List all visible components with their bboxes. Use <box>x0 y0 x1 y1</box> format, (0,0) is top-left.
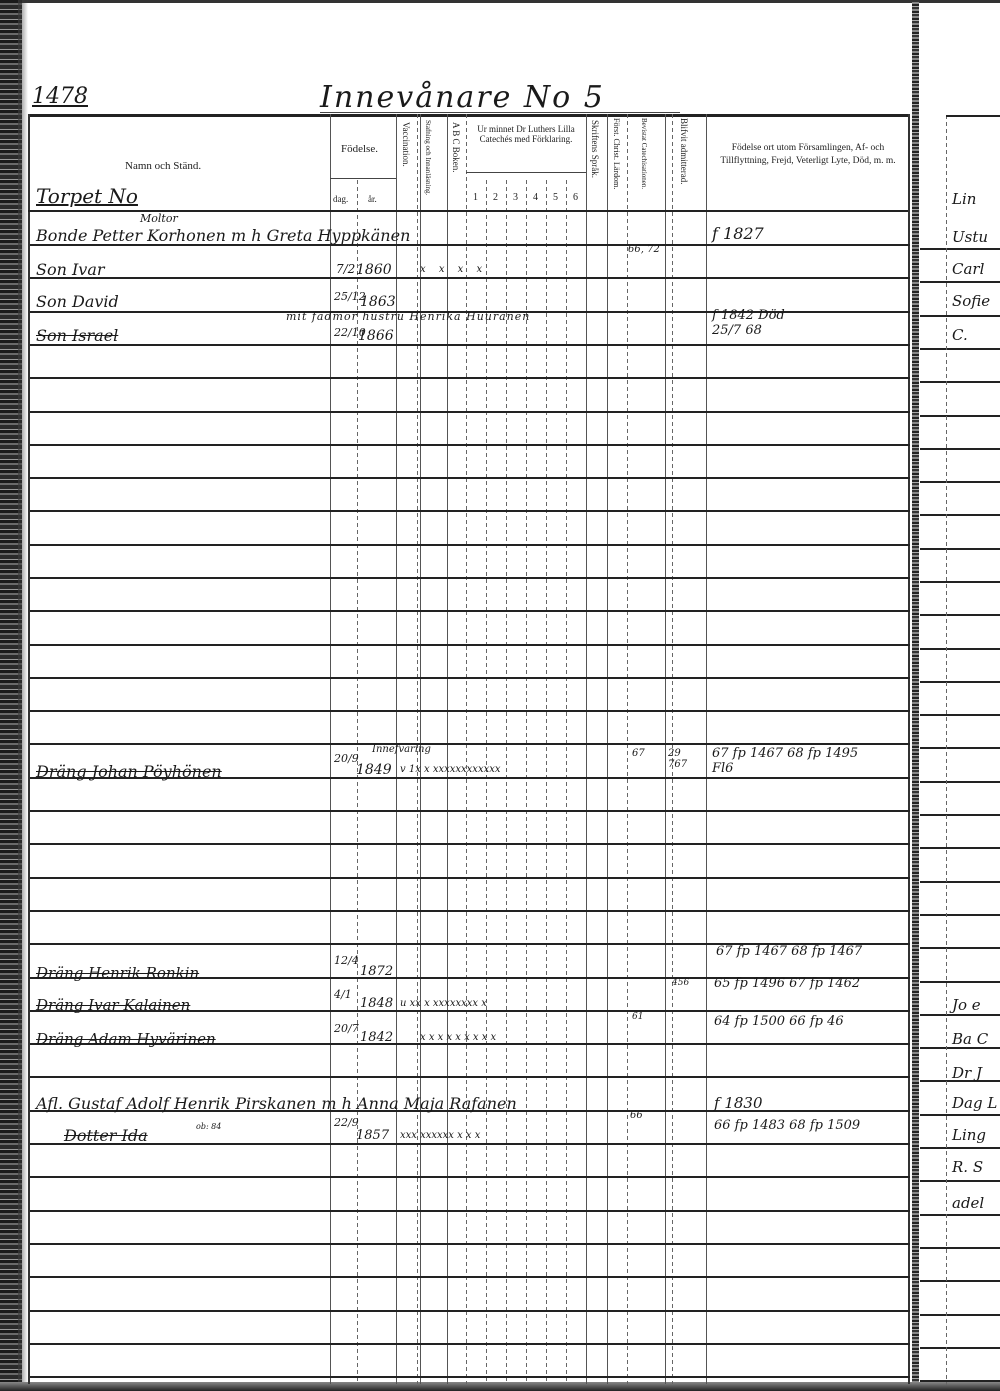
entry-name: Son Israel <box>36 326 118 345</box>
entry-year: 1872 <box>360 964 393 979</box>
col-divider <box>486 180 487 1384</box>
entry-name: Son David <box>36 292 119 311</box>
header-birth-day: dag. <box>333 194 348 204</box>
facing-row-rule <box>920 614 1000 616</box>
entry-remarks: f 1842 Död 25/7 68 <box>712 308 792 338</box>
col-divider <box>526 180 527 1384</box>
book-gutter <box>912 0 919 1391</box>
scan-bottom-edge <box>0 1382 1000 1391</box>
entry-day: 4/1 <box>334 988 352 1001</box>
header-catechism-listen: Bevistat Catechisationen. <box>640 118 648 208</box>
entry-year: 1866 <box>358 328 394 344</box>
row-rule <box>30 677 910 679</box>
header-vaccination: Vaccination. <box>401 122 411 202</box>
entry-name: Dräng Johan Pöyhönen <box>36 762 222 781</box>
row-rule <box>30 1210 910 1212</box>
entry-remarks: f 1827 <box>712 224 764 243</box>
row-rule <box>30 344 910 346</box>
row-rule <box>30 444 910 446</box>
entry-note: Innefvaring <box>372 744 431 755</box>
catechism-col-4: 4 <box>533 192 538 203</box>
entry-listen: 66, 72 <box>628 244 660 255</box>
row-rule <box>30 1343 910 1345</box>
facing-page-fragment: Ling <box>952 1126 986 1144</box>
entry-listen: 67 <box>632 748 645 759</box>
col-divider <box>586 114 587 1384</box>
header-admitted: Blifvit admitterad. <box>679 118 689 208</box>
row-rule <box>30 411 910 413</box>
entry-remarks: 64 fp 1500 66 fp 46 <box>714 1014 874 1029</box>
facing-row-rule <box>920 481 1000 483</box>
header-stafning: Stafning och Innanläsning. <box>424 120 432 210</box>
facing-row-rule <box>920 315 1000 317</box>
facing-page-fragment: Ustu <box>952 228 988 246</box>
facing-row-rule <box>920 1314 1000 1316</box>
row-rule <box>30 544 910 546</box>
entry-marks: u xx x xxxxxxxx x <box>400 998 487 1009</box>
row-rule <box>30 1243 910 1245</box>
facing-row-rule <box>920 714 1000 716</box>
row-rule <box>30 1176 910 1178</box>
col-divider <box>607 114 608 1384</box>
entry-name: Dräng Adam Hyvärinen <box>36 1030 216 1048</box>
facing-row-rule <box>920 281 1000 283</box>
row-rule <box>30 1310 910 1312</box>
entry-marks: v 1x x xxxxxxxxxxxx <box>400 764 501 775</box>
header-birth: Födelse. <box>341 143 378 155</box>
col-divider <box>706 114 707 1384</box>
facing-row-rule <box>920 1014 1000 1016</box>
facing-page-top-rule <box>946 115 1000 117</box>
col-divider <box>627 114 628 1384</box>
entry-remarks: 67 fp 1467 68 fp 1467 <box>716 944 876 959</box>
page-number: 1478 <box>32 84 88 109</box>
scan-top-edge <box>0 0 1000 3</box>
entry-year: 1863 <box>360 294 396 310</box>
facing-row-rule <box>920 814 1000 816</box>
header-name: Namn och Ständ. <box>125 160 201 172</box>
facing-row-rule <box>920 681 1000 683</box>
entry-remarks: f 1830 <box>714 1094 763 1112</box>
facing-page-fragment: C. <box>952 326 968 344</box>
catechism-col-3: 3 <box>513 192 518 203</box>
row-rule <box>30 1143 910 1145</box>
facing-page-fragment: Ba C <box>952 1030 988 1048</box>
facing-row-rule <box>920 747 1000 749</box>
entry-remarks: 67 fp 1467 68 fp 1495 Fl6 <box>712 746 872 776</box>
row-rule <box>30 644 910 646</box>
facing-row-rule <box>920 981 1000 983</box>
row-rule <box>30 510 910 512</box>
header-birth-year: år. <box>368 194 377 204</box>
entry-admitted: 456 <box>672 978 689 988</box>
facing-page-fragment: Jo e <box>952 996 981 1014</box>
row-rule <box>30 477 910 479</box>
entry-year: 1848 <box>360 996 393 1011</box>
catechism-col-1: 1 <box>473 192 478 203</box>
entry-day: 20/9 <box>334 752 359 765</box>
entry-listen: 66 <box>630 1110 643 1121</box>
col-divider <box>506 180 507 1384</box>
entry-admitted: 29 767 <box>668 748 692 770</box>
entry-name-torp: Torpet No <box>36 184 138 208</box>
header-scripture: Skriftens Språk. <box>590 120 600 208</box>
col-divider <box>357 180 358 1384</box>
facing-row-rule <box>920 381 1000 383</box>
facing-row-rule <box>920 448 1000 450</box>
entry-name: Dotter Ida <box>64 1126 148 1145</box>
row-rule <box>30 910 910 912</box>
entry-marks: x x x x <box>420 264 487 275</box>
facing-page-fragment: adel <box>952 1194 984 1212</box>
facing-page-fragment: Dag L <box>952 1094 997 1112</box>
facing-row-rule <box>920 881 1000 883</box>
entry-name: Dräng Ivar Kalainen <box>36 996 190 1014</box>
table-right-rule <box>908 114 910 1384</box>
facing-row-rule <box>920 1280 1000 1282</box>
entry-day: 20/7 <box>334 1022 359 1035</box>
row-rule <box>30 1276 910 1278</box>
facing-row-rule <box>920 781 1000 783</box>
entry-marks: x x x x x x x x x <box>420 1032 496 1043</box>
row-rule <box>30 277 910 279</box>
facing-page-rule <box>946 115 947 1385</box>
facing-page-fragment: Lin <box>952 190 976 208</box>
facing-page-fragment: Sofie <box>952 292 990 310</box>
entry-marks: xxx xxxxxx x x x <box>400 1130 480 1141</box>
facing-row-rule <box>920 1214 1000 1216</box>
facing-row-rule <box>920 1247 1000 1249</box>
facing-row-rule <box>920 248 1000 250</box>
header-abc: A B C Boken. <box>451 122 461 202</box>
facing-row-rule <box>920 1147 1000 1149</box>
row-rule <box>30 710 910 712</box>
facing-page-fragment: Carl <box>952 260 984 278</box>
row-rule <box>30 1076 910 1078</box>
facing-row-rule <box>920 1180 1000 1182</box>
catechism-col-6: 6 <box>573 192 578 203</box>
table-top-rule <box>28 114 910 117</box>
entry-remarks: 65 fp 1496 67 fp 1462 <box>714 976 874 991</box>
entry-name: Dräng Henrik Ronkin <box>36 964 199 982</box>
header-remarks: Födelse ort utom Församlingen, Af- och T… <box>710 142 906 168</box>
facing-row-rule <box>920 947 1000 949</box>
facing-row-rule <box>920 648 1000 650</box>
entry-day: 22/9 <box>334 1116 359 1129</box>
facing-row-rule <box>920 1380 1000 1382</box>
table-left-rule <box>28 114 30 1384</box>
entry-name-head: Bonde Petter Korhonen m h Greta Hyppkäne… <box>36 226 410 245</box>
row-rule <box>30 1376 910 1378</box>
row-rule <box>30 577 910 579</box>
facing-row-rule <box>920 914 1000 916</box>
col-divider <box>330 114 331 1384</box>
header-christ: Först. Christ. Lärdom. <box>611 118 621 208</box>
facing-row-rule <box>920 514 1000 516</box>
col-divider <box>665 114 666 1384</box>
facing-row-rule <box>920 847 1000 849</box>
row-rule <box>30 743 910 745</box>
entry-day: 7/2 <box>336 262 355 276</box>
facing-row-rule <box>920 1114 1000 1116</box>
catechism-col-2: 2 <box>493 192 498 203</box>
col-divider <box>566 180 567 1384</box>
title-underline <box>320 112 680 113</box>
facing-row-rule <box>920 348 1000 350</box>
page-title: Innevånare No 5 <box>320 80 605 115</box>
header-catechism: Ur minnet Dr Luthers Lilla Catechés med … <box>468 124 584 144</box>
entry-year: 1842 <box>360 1030 393 1045</box>
catechism-col-5: 5 <box>553 192 558 203</box>
entry-prefix-note: mit fadmor hustru Henrika Huuranen <box>286 310 530 323</box>
facing-row-rule <box>920 548 1000 550</box>
row-rule <box>30 843 910 845</box>
entry-remarks: 66 fp 1483 68 fp 1509 <box>714 1118 874 1133</box>
entry-year: 1849 <box>356 762 392 778</box>
entry-name-head: Afl. Gustaf Adolf Henrik Pirskanen m h A… <box>36 1094 517 1113</box>
facing-page-fragment: Dr J <box>952 1064 982 1082</box>
entry-year: 1857 <box>356 1128 389 1143</box>
facing-page-fragment: R. S <box>952 1158 983 1176</box>
col-divider <box>546 180 547 1384</box>
row-rule <box>30 810 910 812</box>
birth-subrule <box>330 178 396 179</box>
catechism-subrule <box>466 172 586 173</box>
facing-row-rule <box>920 581 1000 583</box>
scan-left-edge <box>0 0 22 1391</box>
col-divider <box>466 114 467 1384</box>
row-rule <box>30 377 910 379</box>
row-rule <box>30 610 910 612</box>
entry-superscript: Moltor <box>140 212 178 225</box>
entry-year: 1860 <box>356 262 392 278</box>
entry-name: Son Ivar <box>36 260 105 279</box>
col-divider <box>447 114 448 1384</box>
facing-row-rule <box>920 415 1000 417</box>
entry-listen: 61 <box>632 1012 643 1022</box>
facing-row-rule <box>920 1347 1000 1349</box>
row-rule <box>30 877 910 879</box>
entry-day: 12/4 <box>334 954 359 967</box>
entry-aside: ob: 84 <box>196 1122 221 1131</box>
